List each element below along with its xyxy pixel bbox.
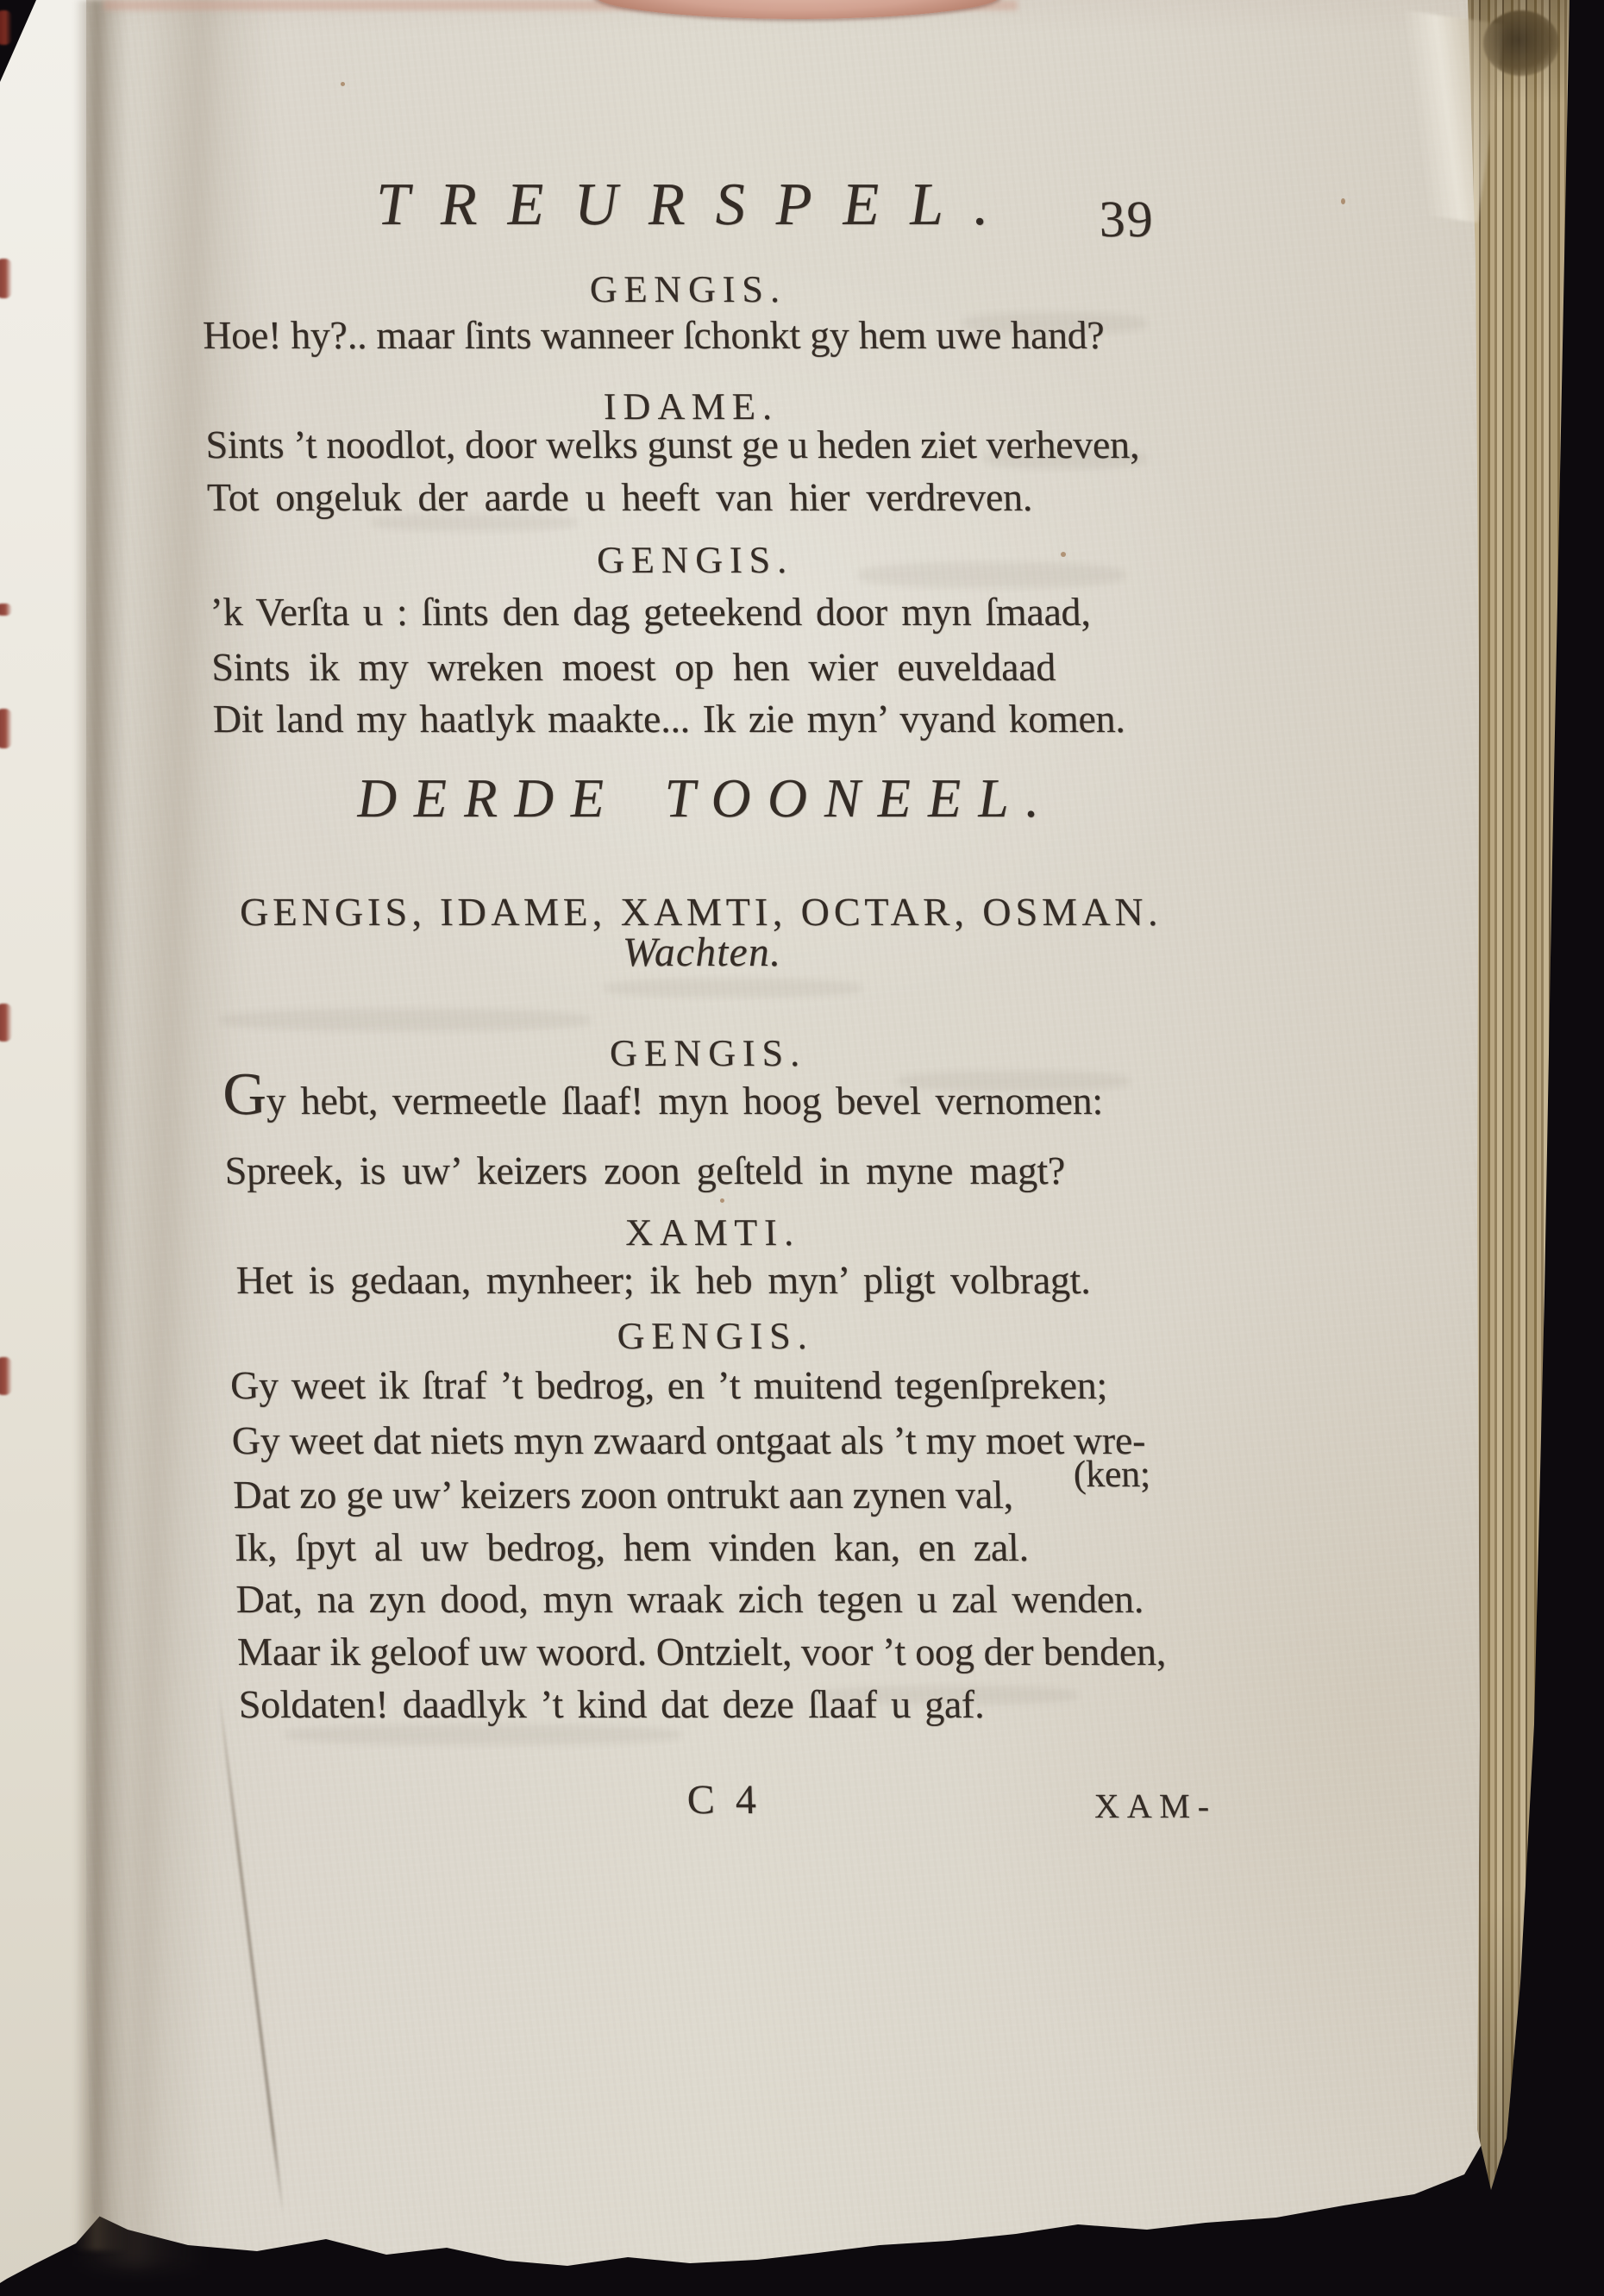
catchword: XAM- [1093,1784,1217,1829]
turnover-syllable: (ken; [1073,1452,1150,1497]
dialogue-line: Ik, ſpyt al uw bedrog, hem vinden kan, e… [234,1525,1029,1570]
page-number: 39 [1099,197,1155,241]
dialogue-line: Het is gedaan, mynheer; ik heb myn’ plig… [235,1258,1091,1303]
dialogue-line: Gy hebt, vermeetle ſlaaf! myn hoog bevel… [222,1078,1104,1123]
dialogue-line: Dit land my haatlyk maakte... Ik zie myn… [212,697,1125,741]
running-title: TREURSPEL. [199,183,1166,228]
cast-list: GENGIS, IDAME, XAMTI, OCTAR, OSMAN. [217,890,1184,935]
dialogue-line: Sints ’t noodlot, door welks gunst ge u … [205,422,1140,467]
dialogue-line: Soldaten! daadlyk ’t kind dat deze ſlaaf… [238,1682,985,1727]
scene-heading: DERDE TOONEEL. [215,776,1181,821]
dialogue-line: Gy weet dat niets myn zwaard ontgaat als… [231,1418,1146,1463]
dialogue-line: Dat, na zyn dood, myn wraak zich tegen u… [235,1577,1144,1622]
dialogue-line: Gy weet ik ſtraf ’t bedrog, en ’t muiten… [229,1363,1107,1408]
dialogue-line: Maar ik geloof uw woord. Ontzielt, voor … [236,1630,1166,1674]
cover-edge-mark [0,604,12,616]
dialogue-line: Sints ik my wreken moest op hen wier euv… [211,645,1056,690]
stage-direction: Wachten. [218,930,1185,975]
speaker-heading: GENGIS. [208,538,1175,583]
speaker-heading: GENGIS. [201,267,1168,312]
signature-mark: C 4 [686,1778,761,1823]
speaker-heading: XAMTI. [226,1211,1193,1255]
book-photo-background: { "page": { "running_title": "TREURSPEL.… [0,0,1604,2296]
dialogue-line: Dat zo ge uw’ keizers zoon ontrukt aan z… [233,1473,1013,1517]
printed-text-layer: TREURSPEL. 39 GENGIS. Hoe! hy?.. maar ſi… [0,0,1604,2296]
cover-edge-mark [0,709,12,748]
cover-edge-mark [0,1004,12,1042]
dialogue-line: ’k Verſta u : ſints den dag geteekend do… [210,590,1091,635]
speaker-heading: GENGIS. [221,1031,1187,1076]
dialogue-line: Tot ongeluk der aarde u heeft van hier v… [206,475,1032,520]
dialogue-line: Hoe! hy?.. maar ſints wanneer ſchonkt gy… [203,313,1106,358]
cover-edge-mark [0,1357,12,1395]
dialogue-line: Spreek, is uw’ keizers zoon geſteld in m… [224,1148,1066,1193]
speaker-heading: GENGIS. [229,1314,1195,1359]
